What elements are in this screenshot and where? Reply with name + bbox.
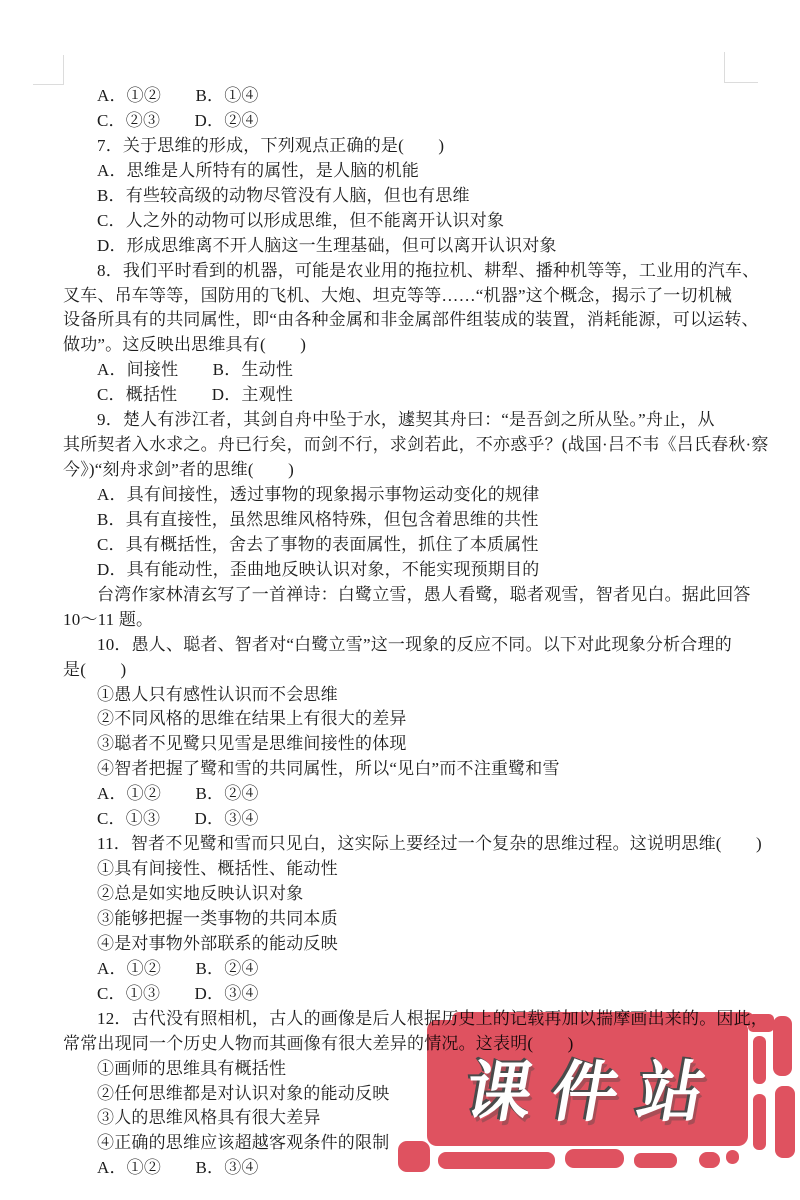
text-line: A．①② B．③④ <box>63 1156 743 1181</box>
text-line: A．①② B．②④ <box>63 957 743 982</box>
text-line: 10．愚人、聪者、智者对“白鹭立雪”这一现象的反应不同。以下对此现象分析合理的 <box>63 633 743 658</box>
text-line: ②任何思维都是对认识对象的能动反映 <box>63 1082 743 1107</box>
text-line: 做功”。这反映出思维具有( ) <box>63 333 743 358</box>
text-line: ④智者把握了鹭和雪的共同属性，所以“见白”而不注重鹭和雪 <box>63 757 743 782</box>
text-line: 叉车、吊车等等，国防用的飞机、大炮、坦克等等……“机器”这个概念，揭示了一切机械 <box>63 284 743 309</box>
text-line: ①具有间接性、概括性、能动性 <box>63 857 743 882</box>
text-line: ③人的思维风格具有很大差异 <box>63 1106 743 1131</box>
document-page: A．①② B．①④C．②③ D．②④7．关于思维的形成，下列观点正确的是( )A… <box>0 0 800 1200</box>
text-line: C．①③ D．③④ <box>63 982 743 1007</box>
text-line: B．有些较高级的动物尽管没有人脑，但也有思维 <box>63 184 743 209</box>
text-line: 是( ) <box>63 658 743 683</box>
stamp-frame-stroke <box>775 1086 795 1158</box>
document-body: A．①② B．①④C．②③ D．②④7．关于思维的形成，下列观点正确的是( )A… <box>63 84 743 1181</box>
margin-corner-mark-left <box>33 55 64 85</box>
text-line: D．形成思维离不开人脑这一生理基础，但可以离开认识对象 <box>63 234 743 259</box>
text-line: 9．楚人有涉江者，其剑自舟中坠于水，遽契其舟曰：“是吾剑之所从坠。”舟止，从 <box>63 408 743 433</box>
text-line: A．间接性 B．生动性 <box>63 358 743 383</box>
text-line: ④正确的思维应该超越客观条件的限制 <box>63 1131 743 1156</box>
text-line: ②不同风格的思维在结果上有很大的差异 <box>63 707 743 732</box>
text-line: 7．关于思维的形成，下列观点正确的是( ) <box>63 134 743 159</box>
text-line: A．①② B．①④ <box>63 84 743 109</box>
text-line: 设备所具有的共同属性，即“由各种金属和非金属部件组装成的装置，消耗能源，可以运转… <box>63 308 743 333</box>
text-line: 其所契者入水求之。舟已行矣，而剑不行，求剑若此，不亦惑乎？(战国·吕不韦《吕氏春… <box>63 433 743 458</box>
text-line: 今》)“刻舟求剑”者的思维( ) <box>63 458 743 483</box>
text-line: 台湾作家林清玄写了一首禅诗：白鹭立雪，愚人看鹭，聪者观雪，智者见白。据此回答 <box>63 583 743 608</box>
text-line: C．具有概括性，舍去了事物的表面属性，抓住了本质属性 <box>63 533 743 558</box>
text-line: 11．智者不见鹭和雪而只见白，这实际上要经过一个复杂的思维过程。这说明思维( ) <box>63 832 743 857</box>
text-line: ②总是如实地反映认识对象 <box>63 882 743 907</box>
text-line: 12．古代没有照相机，古人的画像是后人根据历史上的记载再加以揣摩画出来的。因此， <box>63 1007 743 1032</box>
margin-corner-mark-right <box>724 52 758 83</box>
stamp-frame-stroke <box>753 1036 766 1084</box>
text-line: ④是对事物外部联系的能动反映 <box>63 932 743 957</box>
text-line: 常常出现同一个历史人物而其画像有很大差异的情况。这表明( ) <box>63 1032 743 1057</box>
text-line: 10～11 题。 <box>63 608 743 633</box>
text-line: ①愚人只有感性认识而不会思维 <box>63 683 743 708</box>
text-line: ③聪者不见鹭只见雪是思维间接性的体现 <box>63 732 743 757</box>
text-line: D．具有能动性，歪曲地反映认识对象，不能实现预期目的 <box>63 558 743 583</box>
text-line: C．②③ D．②④ <box>63 109 743 134</box>
text-line: B．具有直接性，虽然思维风格特殊，但包含着思维的共性 <box>63 508 743 533</box>
stamp-frame-stroke <box>753 1094 766 1150</box>
text-line: C．①③ D．③④ <box>63 807 743 832</box>
stamp-frame-stroke <box>773 1016 792 1076</box>
text-line: A．思维是人所特有的属性，是人脑的机能 <box>63 159 743 184</box>
text-line: A．①② B．②④ <box>63 782 743 807</box>
text-line: ①画师的思维具有概括性 <box>63 1057 743 1082</box>
text-line: C．概括性 D．主观性 <box>63 383 743 408</box>
text-line: A．具有间接性，透过事物的现象揭示事物运动变化的规律 <box>63 483 743 508</box>
text-line: 8．我们平时看到的机器，可能是农业用的拖拉机、耕犁、播种机等等，工业用的汽车、 <box>63 259 743 284</box>
text-line: ③能够把握一类事物的共同本质 <box>63 907 743 932</box>
text-line: C．人之外的动物可以形成思维，但不能离开认识对象 <box>63 209 743 234</box>
